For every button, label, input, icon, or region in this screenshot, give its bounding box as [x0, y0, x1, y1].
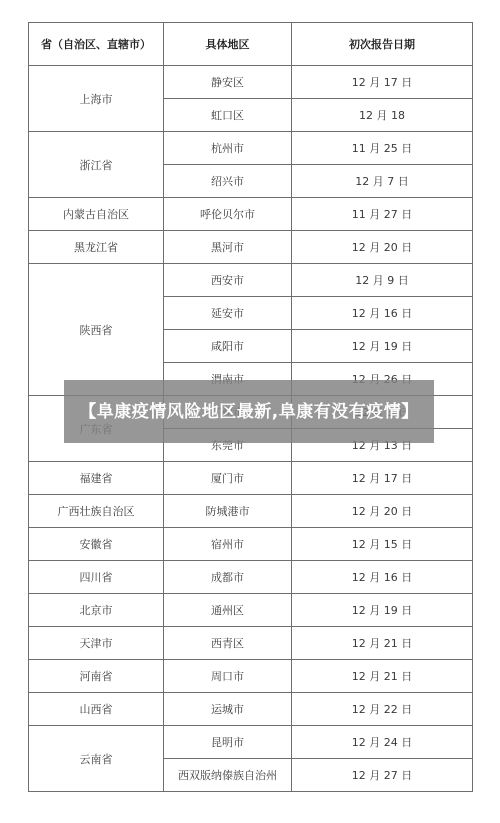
province-cell: 天津市	[29, 627, 164, 660]
area-cell: 防城港市	[164, 495, 292, 528]
area-cell: 宿州市	[164, 528, 292, 561]
date-cell: 12 月 19 日	[292, 330, 473, 363]
date-cell: 12 月 9 日	[292, 264, 473, 297]
date-cell: 12 月 24 日	[292, 726, 473, 759]
province-cell: 安徽省	[29, 528, 164, 561]
table-row: 山西省运城市12 月 22 日	[29, 693, 473, 726]
table-row: 浙江省杭州市11 月 25 日	[29, 132, 473, 165]
area-cell: 通州区	[164, 594, 292, 627]
table-row: 黑龙江省黑河市12 月 20 日	[29, 231, 473, 264]
province-cell: 广西壮族自治区	[29, 495, 164, 528]
area-cell: 静安区	[164, 66, 292, 99]
area-cell: 运城市	[164, 693, 292, 726]
header-area: 具体地区	[164, 23, 292, 66]
area-cell: 西双版纳傣族自治州	[164, 759, 292, 792]
province-cell: 内蒙古自治区	[29, 198, 164, 231]
province-cell: 福建省	[29, 462, 164, 495]
title-overlay: 【阜康疫情风险地区最新,阜康有没有疫情】	[64, 380, 434, 443]
table-row: 广西壮族自治区防城港市12 月 20 日	[29, 495, 473, 528]
province-cell: 四川省	[29, 561, 164, 594]
province-cell: 陕西省	[29, 264, 164, 396]
header-date: 初次报告日期	[292, 23, 473, 66]
date-cell: 11 月 27 日	[292, 198, 473, 231]
province-cell: 北京市	[29, 594, 164, 627]
table-row: 安徽省宿州市12 月 15 日	[29, 528, 473, 561]
area-cell: 延安市	[164, 297, 292, 330]
table-row: 河南省周口市12 月 21 日	[29, 660, 473, 693]
date-cell: 12 月 19 日	[292, 594, 473, 627]
area-cell: 绍兴市	[164, 165, 292, 198]
province-cell: 黑龙江省	[29, 231, 164, 264]
date-cell: 12 月 16 日	[292, 561, 473, 594]
province-cell: 河南省	[29, 660, 164, 693]
area-cell: 杭州市	[164, 132, 292, 165]
area-cell: 厦门市	[164, 462, 292, 495]
date-cell: 12 月 20 日	[292, 495, 473, 528]
area-cell: 周口市	[164, 660, 292, 693]
date-cell: 12 月 21 日	[292, 627, 473, 660]
table-row: 天津市西青区12 月 21 日	[29, 627, 473, 660]
area-cell: 昆明市	[164, 726, 292, 759]
province-cell: 浙江省	[29, 132, 164, 198]
date-cell: 12 月 17 日	[292, 462, 473, 495]
area-cell: 西青区	[164, 627, 292, 660]
overlay-title: 【阜康疫情风险地区最新,阜康有没有疫情】	[79, 401, 419, 423]
table-row: 福建省厦门市12 月 17 日	[29, 462, 473, 495]
table-row: 陕西省西安市12 月 9 日	[29, 264, 473, 297]
area-cell: 呼伦贝尔市	[164, 198, 292, 231]
header-province: 省（自治区、直辖市）	[29, 23, 164, 66]
table-header-row: 省（自治区、直辖市） 具体地区 初次报告日期	[29, 23, 473, 66]
area-cell: 虹口区	[164, 99, 292, 132]
table-row: 内蒙古自治区呼伦贝尔市11 月 27 日	[29, 198, 473, 231]
date-cell: 12 月 20 日	[292, 231, 473, 264]
table-row: 云南省昆明市12 月 24 日	[29, 726, 473, 759]
table-row: 上海市静安区12 月 17 日	[29, 66, 473, 99]
area-cell: 成都市	[164, 561, 292, 594]
date-cell: 12 月 7 日	[292, 165, 473, 198]
table-row: 四川省成都市12 月 16 日	[29, 561, 473, 594]
province-cell: 云南省	[29, 726, 164, 792]
area-cell: 西安市	[164, 264, 292, 297]
date-cell: 11 月 25 日	[292, 132, 473, 165]
table-row: 北京市通州区12 月 19 日	[29, 594, 473, 627]
date-cell: 12 月 17 日	[292, 66, 473, 99]
date-cell: 12 月 27 日	[292, 759, 473, 792]
date-cell: 12 月 18	[292, 99, 473, 132]
date-cell: 12 月 16 日	[292, 297, 473, 330]
area-cell: 黑河市	[164, 231, 292, 264]
date-cell: 12 月 21 日	[292, 660, 473, 693]
province-cell: 山西省	[29, 693, 164, 726]
date-cell: 12 月 15 日	[292, 528, 473, 561]
province-cell: 上海市	[29, 66, 164, 132]
area-cell: 咸阳市	[164, 330, 292, 363]
date-cell: 12 月 22 日	[292, 693, 473, 726]
